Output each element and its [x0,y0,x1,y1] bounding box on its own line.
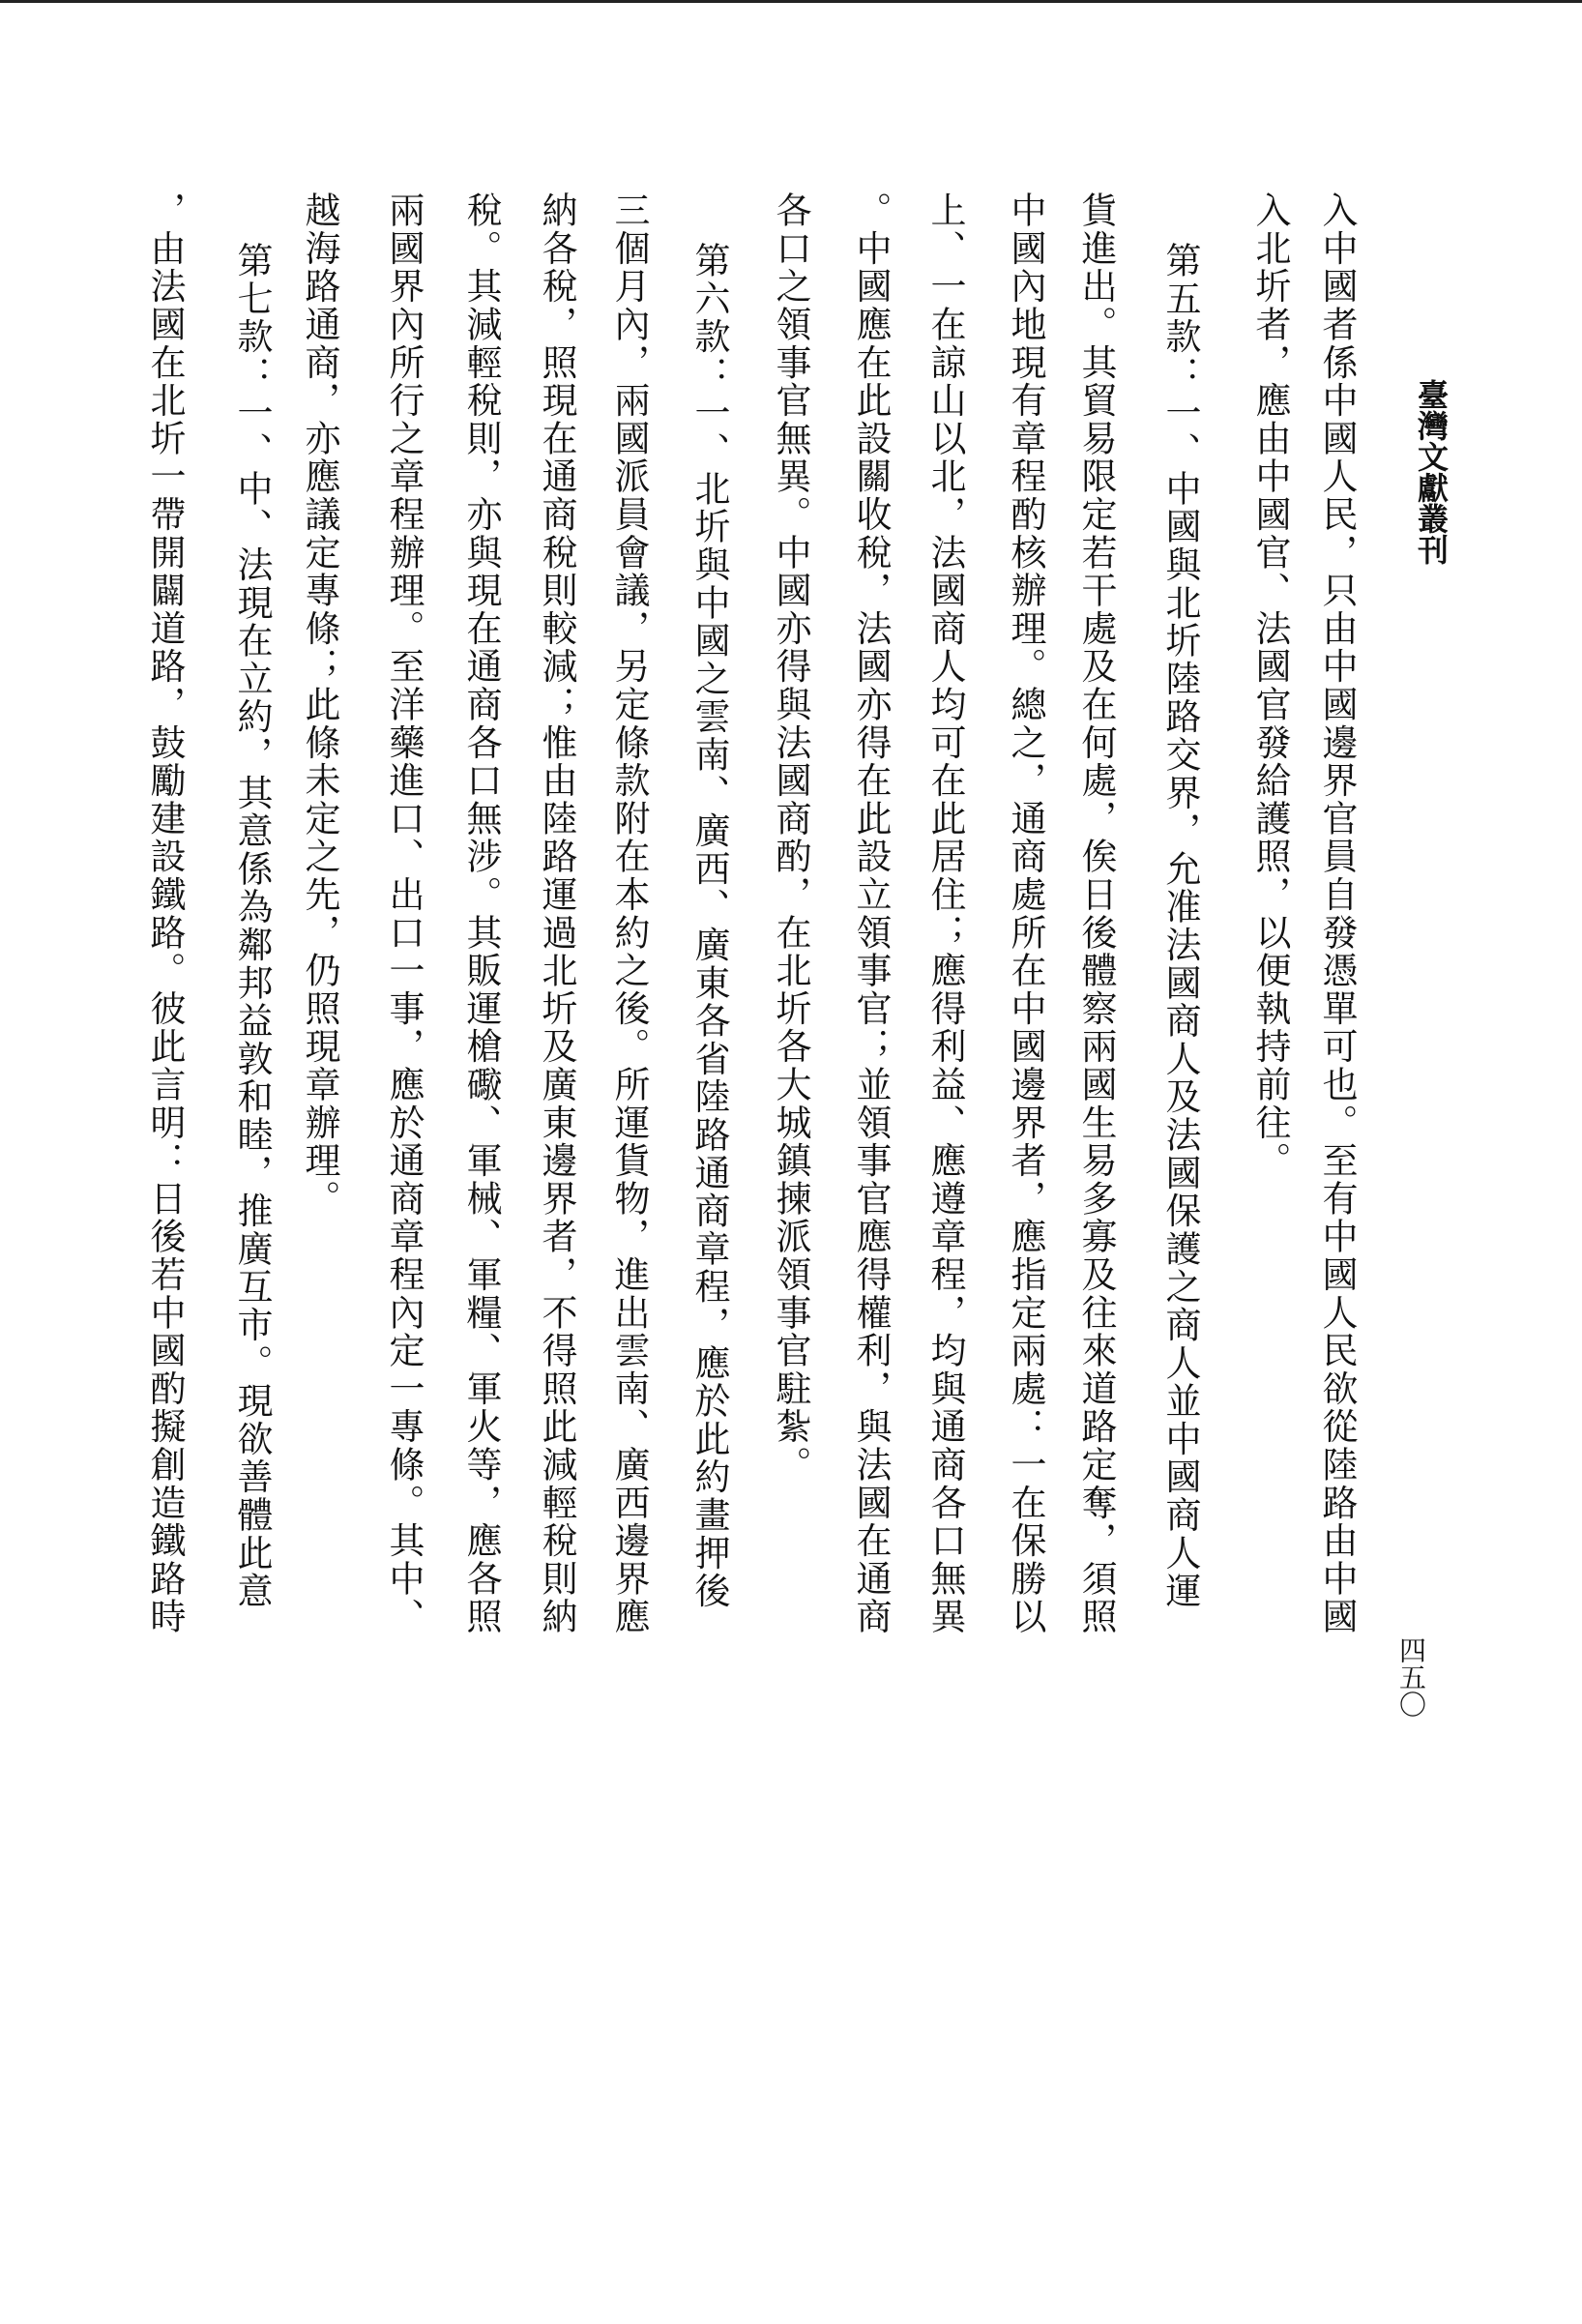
text-column-11: 納各稅，照現在通商稅則較減；惟由陸路運過北圻及廣東邊界者，不得照此減輕稅則納 [532,191,580,1635]
top-border-rule [0,0,1582,3]
text-column-16: ，由法國在北圻一帶開闢道路，鼓勵建設鐵路。彼此言明：日後若中國酌擬創造鐵路時 [140,191,189,1635]
page-number: 四五〇 [1389,1636,1433,1718]
text-column-12: 稅。其減輕稅則，亦與現在通商各口無涉。其販運槍礮、軍械、軍糧、軍火等，應各照 [456,191,505,1635]
text-column-6: 上、一在諒山以北，法國商人均可在此居住；應得利益、應遵章程，均與通商各口無異 [921,191,969,1635]
text-column-4: 貨進出。其貿易限定若干處及在何處，俟日後體察兩國生易多寡及往來道路定奪，須照 [1071,191,1120,1635]
text-column-15-article-7: 第七款：一、中、法現在立約，其意係為鄰邦益敦和睦，推廣互市。現欲善體此意 [227,242,276,1610]
text-column-7: 。中國應在此設關收稅，法國亦得在此設立領事官；並領事官應得權利，與法國在通商 [846,191,894,1635]
text-column-1: 入中國者係中國人民，只由中國邊界官員自發憑單可也。至有中國人民欲從陸路由中國 [1312,191,1361,1635]
text-column-5: 中國內地現有章程酌核辦理。總之，通商處所在中國邊界者，應指定兩處：一在保勝以 [1001,191,1049,1635]
text-column-8: 各口之領事官無異。中國亦得與法國商酌，在北圻各大城鎮揀派領事官駐紮。 [766,191,814,1484]
text-column-10: 三個月內，兩國派員會議，另定條款附在本約之後。所運貨物，進出雲南、廣西邊界應 [604,191,653,1635]
text-column-3-article-5: 第五款：一、中國與北圻陸路交界，允准法國商人及法國保護之商人並中國商人運 [1156,242,1204,1610]
text-column-2: 入北圻者，應由中國官、法國官發給護照，以便執持前往。 [1245,191,1294,1180]
running-head: 臺灣文獻叢刊 [1410,379,1452,565]
text-column-13: 兩國界內所行之章程辦理。至洋藥進口、出口一事，應於通商章程內定一專條。其中、 [379,191,427,1635]
text-column-9-article-6: 第六款：一、北圻與中國之雲南、廣西、廣東各省陸路通商章程，應於此約畫押後 [685,242,733,1610]
text-column-14: 越海路通商，亦應議定專條；此條未定之先，仍照現章辦理。 [295,191,343,1218]
